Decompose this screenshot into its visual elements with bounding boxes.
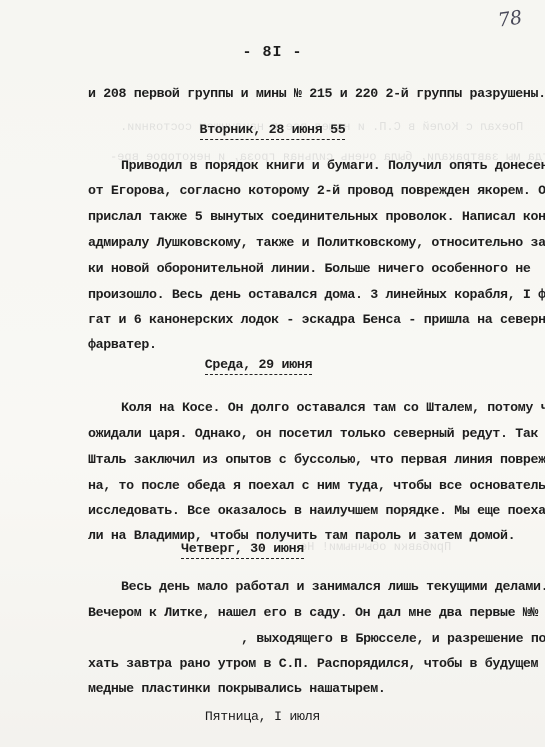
document-page: Поехал с Колей в С.П. и нашел все в наил… xyxy=(0,0,545,747)
text-line: и 208 первой группы и мины № 215 и 220 2… xyxy=(88,86,545,101)
text-line: Вечером к Литке, нашел его в саду. Он да… xyxy=(88,605,538,620)
text-line: прислал также 5 вынутых соединительных п… xyxy=(88,209,545,224)
text-line: фарватер. xyxy=(88,337,157,352)
text-line: от Егорова, согласно которому 2-й провод… xyxy=(88,183,545,198)
text-line: гат и 6 канонерских лодок - эскадра Бенс… xyxy=(88,312,545,327)
text-line: хать завтра рано утром в С.П. Распорядил… xyxy=(88,656,538,671)
text-line: Весь день мало работал и занимался лишь … xyxy=(121,579,545,594)
text-line: адмиралу Лушковскому, также и Политковск… xyxy=(88,235,545,250)
text-line: медные пластинки покрывались нашатырем. xyxy=(88,681,386,696)
text-line: ки новой оборонительной линии. Больше ни… xyxy=(88,261,531,276)
text-line: произошло. Весь день оставался дома. 3 л… xyxy=(88,287,545,302)
text-line: Коля на Косе. Он долго оставался там со … xyxy=(121,400,545,415)
date-heading: Вторник, 28 июня 55 xyxy=(0,122,545,137)
date-heading: Четверг, 30 июня xyxy=(0,541,515,556)
text-line: исследовать. Все оказалось в наилучшем п… xyxy=(88,503,545,518)
text-line: Шталь заключил из опытов с буссолью, что… xyxy=(88,452,545,467)
date-heading: Пятница, I июля xyxy=(0,709,535,724)
text-line: Приводил в порядок книги и бумаги. Получ… xyxy=(121,158,545,173)
text-line: , выходящего в Брюсселе, и разрешение по… xyxy=(241,631,545,646)
text-line: на, то после обеда я поехал с ним туда, … xyxy=(88,478,545,493)
handwritten-folio-number: 78 xyxy=(497,6,524,31)
text-line: ожидали царя. Однако, он посетил только … xyxy=(88,426,545,441)
page-number: - 8I - xyxy=(0,44,545,61)
date-heading: Среда, 29 июня xyxy=(0,357,531,372)
